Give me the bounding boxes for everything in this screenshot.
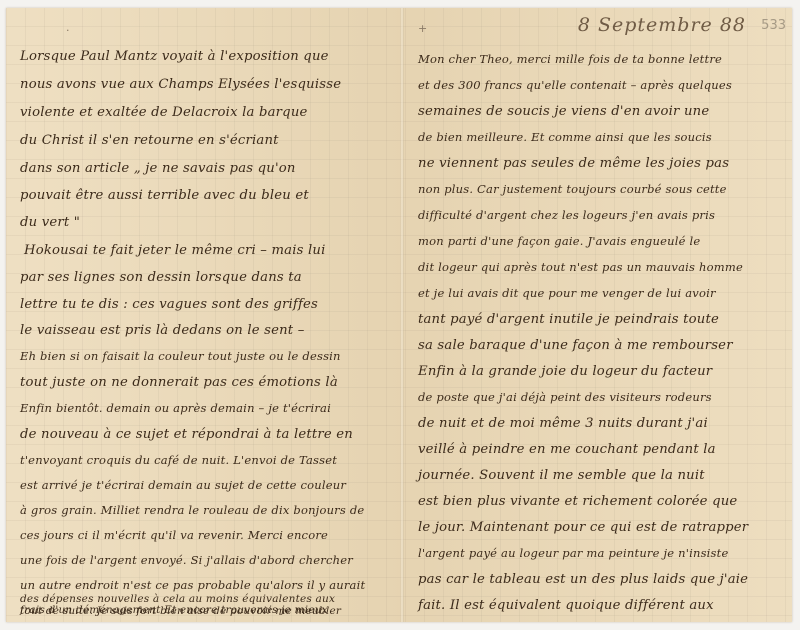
text-line: Enfin à la grande joie du logeur du fact… (418, 364, 712, 379)
text-line: est bien plus vivante et richement color… (418, 494, 737, 509)
text-line: difficulté d'argent chez les logeurs j'e… (418, 208, 715, 222)
text-line: du Christ il s'en retourne en s'écriant (20, 133, 279, 148)
text-line: à gros grain. Milliet rendra le rouleau … (20, 503, 364, 517)
text-line: journée. Souvent il me semble que la nui… (418, 468, 705, 483)
text-line: violente et exaltée de Delacroix la barq… (20, 105, 308, 120)
text-line: de nouveau à ce sujet et répondrai à ta … (20, 427, 353, 442)
text-line: veillé à peindre en me couchant pendant … (418, 442, 716, 457)
text-line: de bien meilleure. Et comme ainsi que le… (418, 130, 712, 144)
text-line: pas car le tableau est un des plus laids… (418, 572, 748, 587)
text-line: un autre endroit n'est ce pas probable q… (20, 578, 365, 592)
text-line: et des 300 francs qu'elle contenait – ap… (418, 78, 732, 92)
text-line: tout juste on ne donnerait pas ces émoti… (20, 375, 338, 390)
archive-number: 533 (761, 18, 786, 33)
text-line: et je lui avais dit que pour me venger d… (418, 286, 716, 300)
text-line: nous avons vue aux Champs Elysées l'esqu… (20, 77, 341, 92)
left-page: · Lorsque Paul Mantz voyait à l'expositi… (6, 8, 400, 622)
text-line: de nuit et de moi même 3 nuits durant j'… (418, 416, 708, 431)
letter-sheet: · Lorsque Paul Mantz voyait à l'expositi… (6, 8, 792, 622)
text-line: Eh bien si on faisait la couleur tout ju… (20, 349, 341, 363)
text-line: Enfin bientôt. demain ou après demain – … (20, 401, 331, 415)
text-line: semaines de soucis je viens d'en avoir u… (418, 104, 709, 119)
letter-date: 8 Septembre 88 (578, 14, 746, 36)
text-line: Mon cher Theo, merci mille fois de ta bo… (418, 52, 722, 66)
text-line: mon parti d'une façon gaie. J'avais engu… (418, 234, 700, 248)
text-line: fait. Il est équivalent quoique différen… (418, 598, 714, 613)
text-line: ces jours ci il m'écrit qu'il va revenir… (20, 528, 328, 542)
margin-mark: · (66, 24, 70, 37)
text-line: le jour. Maintenant pour ce qui est de r… (418, 520, 748, 535)
text-line: par ses lignes son dessin lorsque dans t… (20, 270, 302, 285)
text-line: sa sale baraque d'une façon à me rembour… (418, 338, 733, 353)
text-line: une fois de l'argent envoyé. Si j'allais… (20, 553, 353, 567)
text-line: Lorsque Paul Mantz voyait à l'exposition… (20, 49, 329, 64)
text-line: est arrivé je t'écrirai demain au sujet … (20, 478, 346, 492)
text-line: du vert " (20, 215, 80, 230)
text-line: t'envoyant croquis du café de nuit. L'en… (20, 453, 337, 467)
text-line: l'argent payé au logeur par ma peinture … (418, 546, 728, 560)
text-line: lettre tu te dis : ces vagues sont des g… (20, 297, 318, 312)
text-line: dans son article „ je ne savais pas qu'o… (20, 161, 296, 176)
text-line: le vaisseau est pris là dedans on le sen… (20, 323, 304, 338)
text-line: dit logeur qui après tout n'est pas un m… (418, 260, 743, 274)
margin-mark: + (418, 22, 427, 35)
text-line: tant payé d'argent inutile je peindrais … (418, 312, 719, 327)
text-line: non plus. Car justement toujours courbé … (418, 182, 727, 196)
text-line: pouvait être aussi terrible avec du bleu… (20, 188, 309, 203)
text-line: Hokousai te fait jeter le même cri – mai… (24, 243, 326, 258)
right-page: + 8 Septembre 88 533 Mon cher Theo, merc… (404, 8, 792, 622)
text-line: tout de suite. Je suis fort bien aise de… (20, 605, 341, 617)
text-line: de poste que j'ai déjà peint des visiteu… (418, 390, 712, 404)
text-line: ne viennent pas seules de même les joies… (418, 156, 729, 171)
